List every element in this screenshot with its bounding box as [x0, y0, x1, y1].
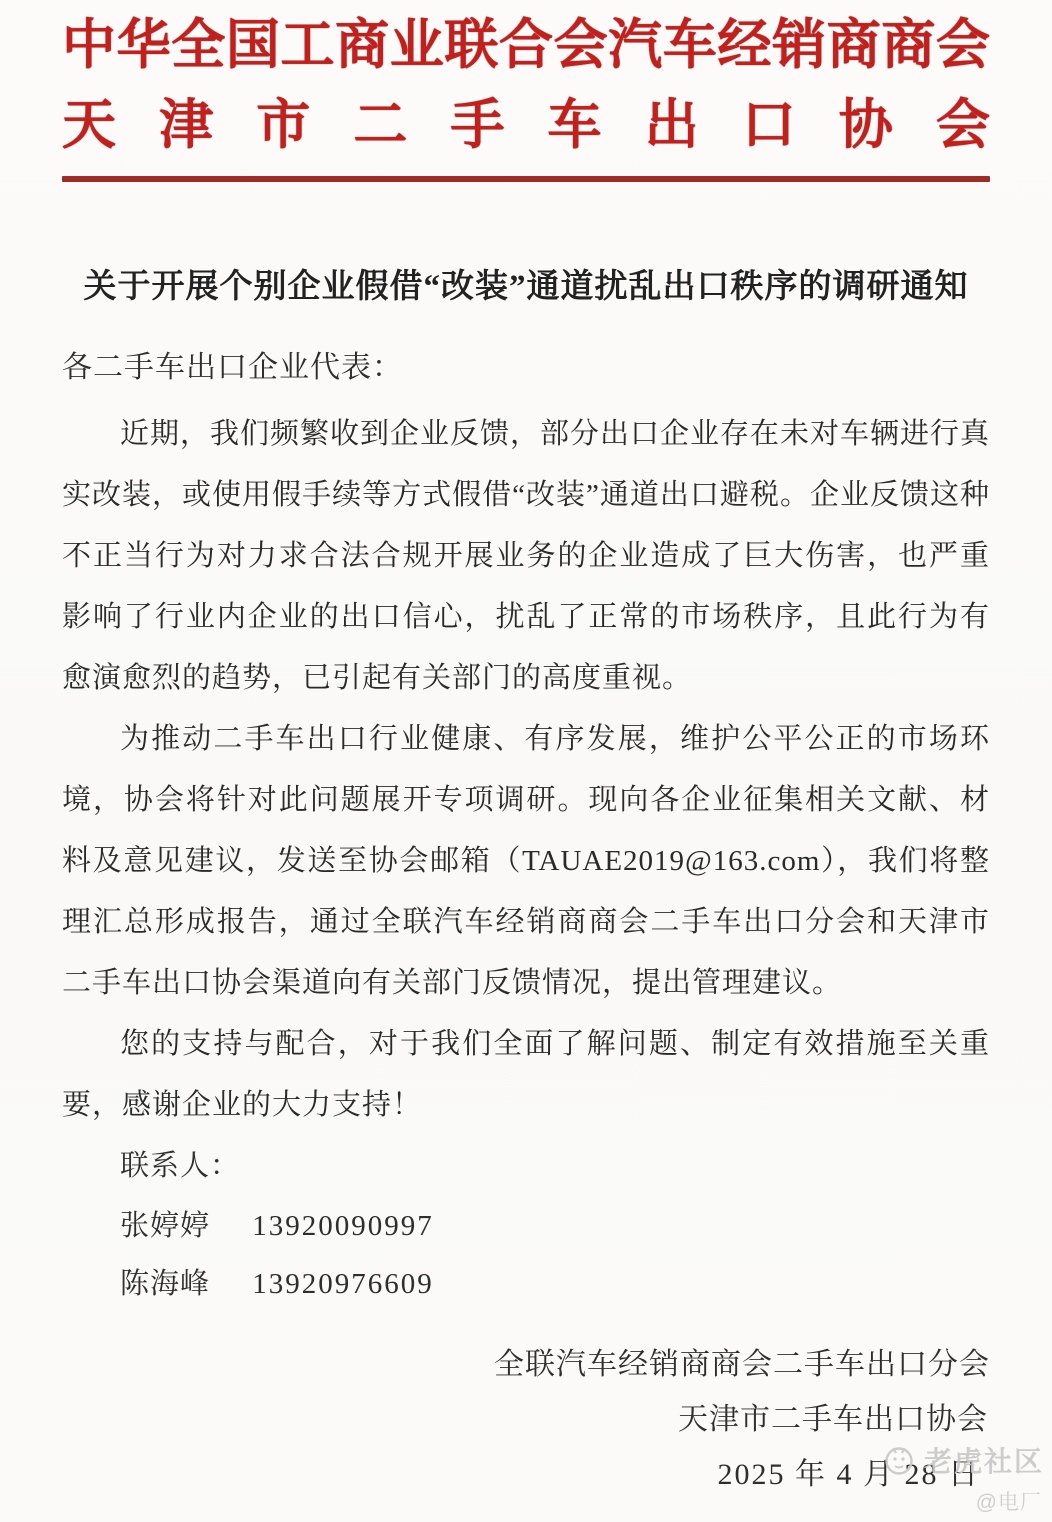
letterhead-org-secondary: 天津市二手车出口协会 [62, 92, 990, 158]
contact-phone: 13920976609 [252, 1268, 434, 1300]
signoff-block: 全联汽车经销商商会二手车出口分会 天津市二手车出口协会 2025 年 4 月 2… [62, 1337, 990, 1502]
contact-row: 陈海峰 13920976609 [62, 1255, 990, 1313]
letterhead-divider [62, 176, 990, 182]
signoff-org-primary: 全联汽车经销商商会二手车出口分会 [62, 1337, 990, 1392]
body-paragraph-2: 为推动二手车出口行业健康、有序发展，维护公平公正的市场环境，协会将针对此问题展开… [62, 709, 990, 1014]
contact-phone: 13920090997 [252, 1210, 434, 1242]
signoff-org-secondary: 天津市二手车出口协会 [62, 1392, 990, 1447]
contact-name: 陈海峰 [120, 1268, 210, 1300]
body-paragraph-3: 您的支持与配合，对于我们全面了解问题、制定有效措施至关重要，感谢企业的大力支持！ [62, 1014, 990, 1136]
document-page: 中华全国工商业联合会汽车经销商商会 天津市二手车出口协会 关于开展个别企业假借“… [0, 0, 1052, 1522]
document-title: 关于开展个别企业假借“改装”通道扰乱出口秩序的调研通知 [62, 266, 990, 308]
contacts-label: 联系人： [62, 1136, 990, 1197]
salutation: 各二手车出口企业代表： [62, 348, 990, 388]
contact-row: 张婷婷 13920090997 [62, 1197, 990, 1255]
letterhead: 中华全国工商业联合会汽车经销商商会 天津市二手车出口协会 [62, 12, 990, 182]
signoff-date: 2025 年 4 月 28 日 [62, 1447, 990, 1502]
letterhead-org-primary: 中华全国工商业联合会汽车经销商商会 [62, 12, 990, 78]
letter-body: 关于开展个别企业假借“改装”通道扰乱出口秩序的调研通知 各二手车出口企业代表： … [62, 266, 990, 1502]
body-paragraph-1: 近期，我们频繁收到企业反馈，部分出口企业存在未对车辆进行真实改装，或使用假手续等… [62, 404, 990, 709]
contact-name: 张婷婷 [120, 1210, 210, 1242]
